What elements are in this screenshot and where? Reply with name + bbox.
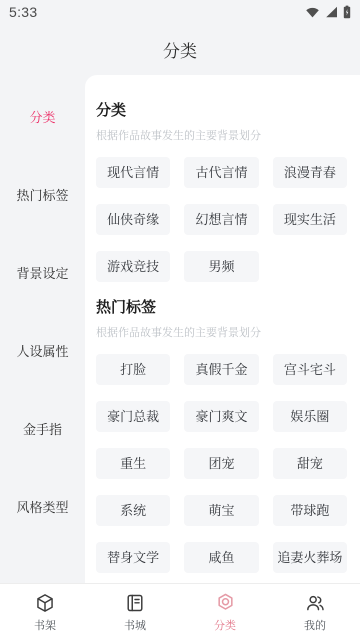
tag-grid: 现代言情古代言情浪漫青春仙侠奇缘幻想言情现实生活游戏竞技男频 bbox=[96, 157, 347, 282]
bottom-nav: 书架书城分类我的 bbox=[0, 583, 360, 640]
wifi-icon bbox=[305, 6, 320, 18]
tag-button[interactable]: 宫斗宅斗 bbox=[273, 354, 347, 385]
tag-button[interactable]: 古代言情 bbox=[184, 157, 258, 188]
tag-button[interactable]: 幻想言情 bbox=[184, 204, 258, 235]
tag-section-1: 分类根据作品故事发生的主要背景划分现代言情古代言情浪漫青春仙侠奇缘幻想言情现实生… bbox=[96, 99, 347, 282]
sidebar-item-3[interactable]: 背景设定 bbox=[0, 233, 85, 311]
tag-button[interactable]: 仙侠奇缘 bbox=[96, 204, 170, 235]
nav-item-4[interactable]: 我的 bbox=[270, 591, 360, 633]
section-title: 热门标签 bbox=[96, 296, 347, 317]
tag-button[interactable]: 现代言情 bbox=[96, 157, 170, 188]
tag-button[interactable]: 浪漫青春 bbox=[273, 157, 347, 188]
sidebar-item-1[interactable]: 分类 bbox=[0, 77, 85, 155]
tag-button[interactable]: 真假千金 bbox=[184, 354, 258, 385]
section-title: 分类 bbox=[96, 99, 347, 120]
tag-button[interactable]: 现实生活 bbox=[273, 204, 347, 235]
tag-section-2: 热门标签根据作品故事发生的主要背景划分打脸真假千金宫斗宅斗豪门总裁豪门爽文娱乐圈… bbox=[96, 296, 347, 573]
sidebar-item-4[interactable]: 人设属性 bbox=[0, 311, 85, 389]
tag-button[interactable]: 游戏竞技 bbox=[96, 251, 170, 282]
status-icons bbox=[305, 5, 351, 19]
page-title: 分类 bbox=[0, 24, 360, 75]
tag-grid: 打脸真假千金宫斗宅斗豪门总裁豪门爽文娱乐圈重生团宠甜宠系统萌宝带球跑替身文学咸鱼… bbox=[96, 354, 347, 573]
sidebar-item-2[interactable]: 热门标签 bbox=[0, 155, 85, 233]
section-subtitle: 根据作品故事发生的主要背景划分 bbox=[96, 127, 347, 143]
status-bar: 5:33 bbox=[0, 0, 360, 24]
cellular-signal-icon bbox=[325, 6, 338, 18]
battery-charging-icon bbox=[343, 5, 351, 19]
tag-button[interactable]: 咸鱼 bbox=[184, 542, 258, 573]
tag-button[interactable]: 打脸 bbox=[96, 354, 170, 385]
tag-button[interactable]: 豪门总裁 bbox=[96, 401, 170, 432]
nav-label: 书城 bbox=[124, 617, 146, 633]
nav-label: 我的 bbox=[304, 617, 326, 633]
tag-button[interactable]: 重生 bbox=[96, 448, 170, 479]
tag-button[interactable]: 娱乐圈 bbox=[273, 401, 347, 432]
nav-label: 分类 bbox=[214, 617, 236, 633]
tag-button[interactable]: 追妻火葬场 bbox=[273, 542, 347, 573]
nav-item-2[interactable]: 书城 bbox=[90, 591, 180, 633]
category-sidebar: 分类热门标签背景设定人设属性金手指风格类型 bbox=[0, 75, 85, 583]
tag-button[interactable]: 替身文学 bbox=[96, 542, 170, 573]
status-time: 5:33 bbox=[9, 4, 37, 20]
bookshelf-cube-icon bbox=[34, 591, 56, 614]
app-screen: 5:33 分类 分类热门标签背景设定人设属性金手指风格类型 分类根据作品故事发生… bbox=[0, 0, 360, 640]
bookstore-book-icon bbox=[124, 591, 146, 614]
category-panel[interactable]: 分类根据作品故事发生的主要背景划分现代言情古代言情浪漫青春仙侠奇缘幻想言情现实生… bbox=[85, 75, 360, 583]
nav-item-3[interactable]: 分类 bbox=[180, 591, 270, 633]
tag-button[interactable]: 萌宝 bbox=[184, 495, 258, 526]
nav-label: 书架 bbox=[34, 617, 56, 633]
sidebar-item-5[interactable]: 金手指 bbox=[0, 389, 85, 467]
tag-button[interactable]: 豪门爽文 bbox=[184, 401, 258, 432]
category-hex-icon bbox=[214, 591, 237, 614]
tag-button[interactable]: 系统 bbox=[96, 495, 170, 526]
section-subtitle: 根据作品故事发生的主要背景划分 bbox=[96, 324, 347, 340]
profile-user-icon bbox=[304, 591, 326, 614]
nav-item-1[interactable]: 书架 bbox=[0, 591, 90, 633]
tag-button[interactable]: 带球跑 bbox=[273, 495, 347, 526]
tag-button[interactable]: 团宠 bbox=[184, 448, 258, 479]
tag-button[interactable]: 甜宠 bbox=[273, 448, 347, 479]
tag-button[interactable]: 男频 bbox=[184, 251, 258, 282]
sidebar-item-6[interactable]: 风格类型 bbox=[0, 467, 85, 545]
